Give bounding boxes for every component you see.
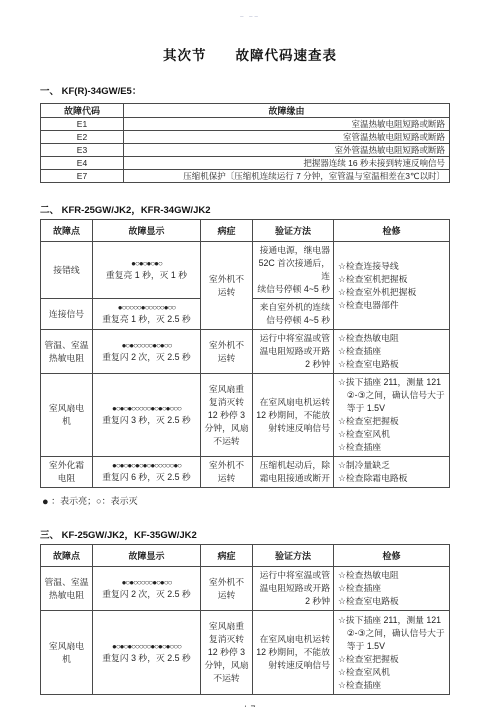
table-row: 室外化霜 电阻 ●○●○●○●○●○●○○○○○●○ 重复闪 6 秒，灭 2.5… <box>41 457 450 488</box>
fault-code-cell: E3 <box>41 144 124 157</box>
fault-point-cell: 管温、室温 热敏电阻 <box>41 567 93 611</box>
table-header-row: 故障代码 故障缘由 <box>41 104 450 118</box>
table-row: 管温、室温 热敏电阻 ●○●○○○○○●○●○○ 重复闪 2 次，灭 2.5 秒… <box>41 330 450 374</box>
col-header-repair: 检修 <box>334 220 450 242</box>
table-row: 管温、室温 热敏电阻 ●○●○○○○○●○●○○ 重复闪 2 次，灭 2.5 秒… <box>41 567 450 611</box>
led-dot-pattern: ●○●○●○○○○○●○●○●○○○ <box>93 403 200 414</box>
fault-cause-cell: 把握器连续 16 秒未接到转速反响信号 <box>124 157 450 170</box>
fault-display-cell: ●○●○○○○○●○●○○ 重复闪 2 次，灭 2.5 秒 <box>93 567 201 611</box>
repair-cell: ☆制冷量缺乏 ☆检查除霜电路板 <box>334 457 450 488</box>
verify-method-cell: 接通电源，继电器 52C 首次接通后，连 续信号停顿 4~5 秒 <box>253 242 334 299</box>
fault-code-cell: E7 <box>41 170 124 183</box>
table-row: 室风扇电 机 ●○●○●○○○○○●○●○●○○○ 重复闪 3 秒，灭 2.5 … <box>41 611 450 695</box>
led-dot-pattern: ●○●○○○○○●○●○○ <box>93 577 200 588</box>
page-title: 其次节 故障代码速查表 <box>0 0 500 64</box>
fault-detail-table-kfr: 故障点 故障显示 病症 验证方法 检修 接错线 ●○●○●○●○ 重复亮 1 秒… <box>40 219 450 488</box>
fault-code-cell: E2 <box>41 131 124 144</box>
fault-point-cell: 接错线 <box>41 242 93 299</box>
fault-cause-cell: 室外管温热敏电阻短路或断路 <box>124 144 450 157</box>
symptom-cell: 室风扇重 复消灭转 12 秒停 3 分钟，风扇 不运转 <box>201 374 253 457</box>
table-row: E3 室外管温热敏电阻短路或断路 <box>41 144 450 157</box>
symptom-cell: 室风扇重 复消灭转 12 秒停 3 分钟，风扇 不运转 <box>201 611 253 695</box>
verify-method-cell: 在室风扇电机运转 12 秒期间，不能放 射转速反响信号 <box>253 374 334 457</box>
led-dot-pattern: ●○○○○○●○○○○○●○○ <box>93 302 200 313</box>
fault-cause-cell: 室管温热敏电阻短路或断路 <box>124 131 450 144</box>
table-row: E4 把握器连续 16 秒未接到转速反响信号 <box>41 157 450 170</box>
document-page: – –– 其次节 故障代码速查表 一、 KF(R)-34GW/E5： 故障代码 … <box>0 0 500 707</box>
table-header-row: 故障点 故障显示 病症 验证方法 检修 <box>41 545 450 567</box>
filled-dot-icon: ● <box>42 496 49 508</box>
table-row: 接错线 ●○●○●○●○ 重复亮 1 秒，灭 1 秒 室外机不 运转 接通电源，… <box>41 242 450 299</box>
fault-point-cell: 管温、室温 热敏电阻 <box>41 330 93 374</box>
led-dot-pattern: ●○●○●○○○○○●○●○●○○○ <box>93 641 200 652</box>
verify-method-cell: 在室风扇电机运转 12 秒期间，不能放 射转速反响信号 <box>253 611 334 695</box>
led-dot-pattern: ●○●○●○●○●○●○○○○○●○ <box>93 460 200 471</box>
section1-heading: 一、 KF(R)-34GW/E5： <box>40 83 500 97</box>
fault-point-cell: 连接信号 <box>41 299 93 330</box>
col-header-verify-method: 验证方法 <box>253 220 334 242</box>
fault-display-cell: ●○○○○○●○○○○○●○○ 重复亮 1 秒，灭 2.5 秒 <box>93 299 201 330</box>
led-dot-pattern: ●○●○○○○○●○●○○ <box>93 340 200 351</box>
repair-cell: ☆拔下插座 211，测量 121 ②-③之间，确认信号大于 等于 1.5V ☆检… <box>334 374 450 457</box>
fault-code-cell: E4 <box>41 157 124 170</box>
col-header-fault-display: 故障显示 <box>93 545 201 567</box>
blink-note: 重复闪 6 秒，灭 2.5 秒 <box>93 471 200 484</box>
fault-point-cell: 室风扇电 机 <box>41 611 93 695</box>
page-top-mark: – –– <box>240 14 260 20</box>
col-header-fault-point: 故障点 <box>41 545 93 567</box>
blink-note: 重复亮 1 秒，灭 2.5 秒 <box>93 313 200 326</box>
symptom-cell: 室外机不 运转 <box>201 457 253 488</box>
fault-cause-cell: 压缩机保护〔压缩机连续运行 7 分钟，室管温与室温相差在3℃以时〕 <box>124 170 450 183</box>
symptom-cell: 室外机不 运转 <box>201 242 253 330</box>
table-row: E1 室温热敏电阻短路或断路 <box>41 118 450 131</box>
col-header-fault-display: 故障显示 <box>93 220 201 242</box>
fault-code-cell: E1 <box>41 118 124 131</box>
fault-display-cell: ●○●○●○○○○○●○●○●○○○ 重复闪 3 秒，灭 2.5 秒 <box>93 374 201 457</box>
symptom-cell: 室外机不 运转 <box>201 567 253 611</box>
led-dot-pattern: ●○●○●○●○ <box>93 258 200 269</box>
repair-cell: ☆拔下插座 211，测量 121 ②-③之间，确认信号大于 等于 1.5V ☆检… <box>334 611 450 695</box>
col-header-symptom: 病症 <box>201 220 253 242</box>
blink-note: 重复闪 3 秒，灭 2.5 秒 <box>93 414 200 427</box>
blink-note: 重复闪 2 次，灭 2.5 秒 <box>93 588 200 601</box>
verify-method-cell: 压缩机起动后，除 霜电阻接通或断开 <box>253 457 334 488</box>
repair-cell: ☆检查连接导线 ☆检查室机把握板 ☆检查室外机把握板 ☆检查电器部件 <box>334 242 450 330</box>
col-header-fault-point: 故障点 <box>41 220 93 242</box>
verify-method-cell: 来自室外机的连续 信号停顿 4~5 秒 <box>253 299 334 330</box>
fault-display-cell: ●○●○●○○○○○●○●○●○○○ 重复闪 3 秒，灭 2.5 秒 <box>93 611 201 695</box>
table-row: 室风扇电 机 ●○●○●○○○○○●○●○●○○○ 重复闪 3 秒，灭 2.5 … <box>41 374 450 457</box>
repair-cell: ☆检查热敏电阻 ☆检查插座 ☆检查室电路板 <box>334 567 450 611</box>
verify-method-cell: 运行中将室温或管 温电阻短路或开路 2 秒钟 <box>253 330 334 374</box>
col-header-fault-cause: 故障缘由 <box>124 104 450 118</box>
col-header-verify-method: 验证方法 <box>253 545 334 567</box>
verify-method-cell: 运行中将室温或管 温电阻短路或开路 2 秒钟 <box>253 567 334 611</box>
fault-display-cell: ●○●○●○●○●○●○○○○○●○ 重复闪 6 秒，灭 2.5 秒 <box>93 457 201 488</box>
table-row: E7 压缩机保护〔压缩机连续运行 7 分钟，室管温与室温相差在3℃以时〕 <box>41 170 450 183</box>
fault-display-cell: ●○●○●○●○ 重复亮 1 秒，灭 1 秒 <box>93 242 201 299</box>
fault-point-cell: 室外化霜 电阻 <box>41 457 93 488</box>
section2-heading: 二、 KFR-25GW/JK2，KFR-34GW/JK2 <box>40 202 500 216</box>
table-row: E2 室管温热敏电阻短路或断路 <box>41 131 450 144</box>
fault-cause-cell: 室温热敏电阻短路或断路 <box>124 118 450 131</box>
blink-note: 重复亮 1 秒，灭 1 秒 <box>93 269 200 282</box>
fault-detail-table-kf: 故障点 故障显示 病症 验证方法 检修 管温、室温 热敏电阻 ●○●○○○○○●… <box>40 544 450 695</box>
col-header-fault-code: 故障代码 <box>41 104 124 118</box>
blink-note: 重复闪 3 秒，灭 2.5 秒 <box>93 652 200 665</box>
repair-cell: ☆检查热敏电阻 ☆检查插座 ☆检查室电路板 <box>334 330 450 374</box>
led-legend: ● ：表示亮；○：表示灭 <box>42 494 500 508</box>
section3-heading: 三、 KF-25GW/JK2，KF-35GW/JK2 <box>40 527 500 541</box>
fault-display-cell: ●○●○○○○○●○●○○ 重复闪 2 次，灭 2.5 秒 <box>93 330 201 374</box>
table-header-row: 故障点 故障显示 病症 验证方法 检修 <box>41 220 450 242</box>
col-header-symptom: 病症 <box>201 545 253 567</box>
blink-note: 重复闪 2 次，灭 2.5 秒 <box>93 351 200 364</box>
col-header-repair: 检修 <box>334 545 450 567</box>
symptom-cell: 室外机不 运转 <box>201 330 253 374</box>
legend-text: ：表示亮；○：表示灭 <box>49 496 138 506</box>
fault-point-cell: 室风扇电 机 <box>41 374 93 457</box>
fault-code-table: 故障代码 故障缘由 E1 室温热敏电阻短路或断路 E2 室管温热敏电阻短路或断路… <box>40 103 450 183</box>
